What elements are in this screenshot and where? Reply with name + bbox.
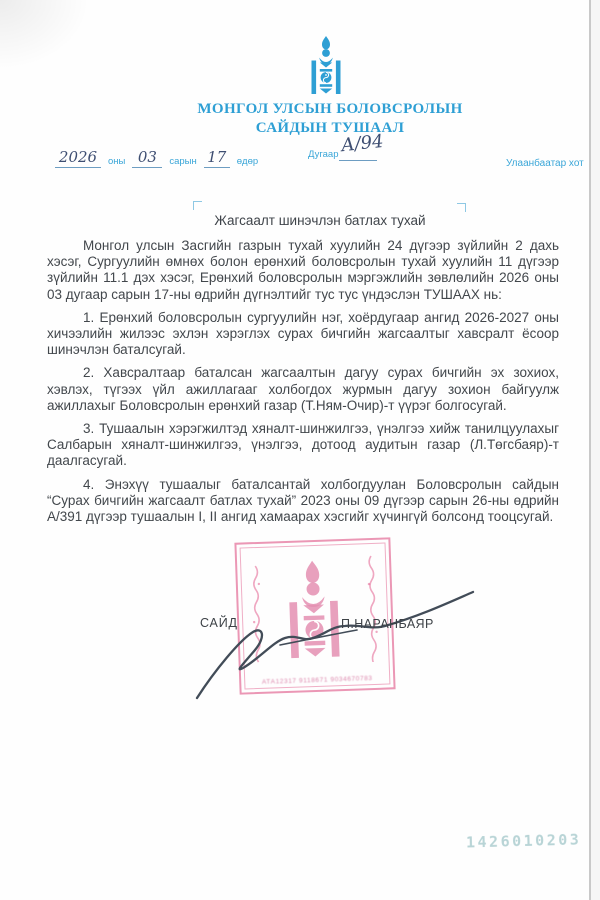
crop-mark-left-icon — [193, 201, 202, 210]
soyombo-emblem-icon — [311, 36, 341, 99]
official-stamp: АТА12317 9118671 9034670783 — [234, 537, 395, 694]
stamp-soyombo-icon — [287, 559, 341, 664]
handwritten-day: 17 — [207, 148, 226, 166]
number-label: Дугаар — [308, 149, 339, 161]
ministry-name-line1: МОНГОЛ УЛСЫН БОЛОВСРОЛЫН — [60, 101, 600, 118]
ministry-name-line2: САЙДЫН ТУШААЛ — [60, 120, 600, 137]
minister-name: П.НАРАНБАЯР — [341, 617, 434, 631]
registration-number-stamp: 1426010203 — [466, 830, 582, 851]
month-label: сарын — [169, 156, 196, 168]
crop-mark-right-icon — [457, 203, 466, 212]
scan-margin — [591, 0, 600, 900]
year-label: оны — [108, 156, 125, 168]
intro-paragraph: Монгол улсын Засгийн газрын тухай хуулий… — [47, 238, 559, 303]
date-line: 2026 оны 03 сарын 17 өдөр — [55, 149, 258, 168]
decree-item-3: 3. Тушаалын хэрэгжилтэд хяналт-шинжилгээ… — [47, 421, 559, 470]
decree-item-2: 2. Хавсралтаар баталсан жагсаалтын дагуу… — [47, 365, 559, 414]
decree-number-line: Дугаар А/94 — [308, 146, 377, 161]
decree-item-1: 1. Ерөнхий боловсролын сургуулийн нэг, х… — [47, 310, 559, 359]
day-label: өдөр — [237, 156, 258, 168]
minister-title-label: САЙД — [200, 616, 238, 630]
handwritten-month: 03 — [138, 148, 157, 166]
document-title: Жагсаалт шинэчлэн батлах тухай — [170, 213, 470, 228]
decree-item-4: 4. Энэхүү тушаалыг баталсантай холбогдуу… — [47, 477, 559, 526]
document-page: МОНГОЛ УЛСЫН БОЛОВСРОЛЫН САЙДЫН ТУШААЛ 2… — [0, 0, 600, 900]
handwritten-decree-number: А/94 — [340, 131, 385, 156]
city-label: Улаанбаатар хот — [506, 158, 584, 169]
scan-shadow — [0, 0, 90, 70]
handwritten-year: 2026 — [59, 148, 97, 166]
decree-body: Монгол улсын Засгийн газрын тухай хуулий… — [47, 238, 559, 532]
